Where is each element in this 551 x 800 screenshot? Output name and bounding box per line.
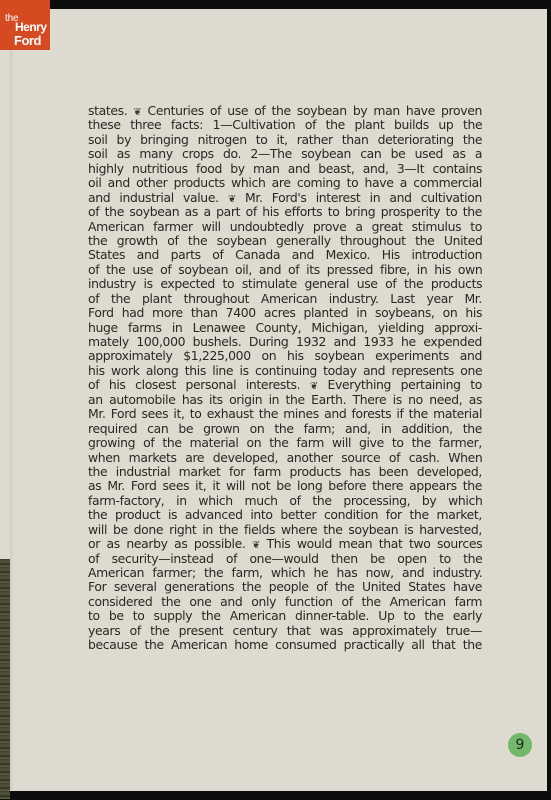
soybean-fleuron-icon: ❦ — [310, 381, 318, 392]
text-line: of the plant throughout American industr… — [88, 292, 482, 306]
logo-henry: Henry — [15, 20, 47, 34]
body-text: states. ❦ Centuries of use of the soybea… — [88, 104, 482, 653]
text-line: these three facts: 1—Cultivation of the … — [88, 118, 482, 132]
text-line: growing of the material on the farm will… — [88, 436, 482, 450]
text-line: farm-factory, in which much of the proce… — [88, 494, 482, 508]
text-line: the product is advanced into better cond… — [88, 508, 482, 522]
text-line: of his closest personal interests. ❦ Eve… — [88, 378, 482, 392]
text-line: or as nearby as possible. ❦ This would m… — [88, 537, 482, 551]
binding-edge — [0, 559, 10, 799]
henry-ford-logo[interactable]: the Henry Ford — [0, 0, 50, 50]
text-line: soil by bringing nitrogen to it, rather … — [88, 133, 482, 147]
text-line: Mr. Ford sees it, to exhaust the mines a… — [88, 407, 482, 421]
text-line: the growth of the soybean generally thro… — [88, 234, 482, 248]
text-line: mately 100,000 bushels. During 1932 and … — [88, 335, 482, 349]
text-line: and industrial value. ❦ Mr. Ford's inter… — [88, 191, 482, 205]
soybean-fleuron-icon: ❦ — [228, 194, 236, 205]
text-line: years of the present century that was ap… — [88, 624, 482, 638]
text-line: highly nutritious food by man and beast,… — [88, 162, 482, 176]
text-line: industry is expected to stimulate genera… — [88, 277, 482, 291]
text-line: to be to supply the American dinner-tabl… — [88, 609, 482, 623]
text-line: the industrial market for farm products … — [88, 465, 482, 479]
text-line: will be done right in the fields where t… — [88, 523, 482, 537]
text-line: American farmer; the farm, which he has … — [88, 566, 482, 580]
text-line: states. ❦ Centuries of use of the soybea… — [88, 104, 482, 118]
logo-ford: Ford — [14, 33, 41, 48]
spine-shadow — [10, 9, 14, 791]
text-line: States and parts of Canada and Mexico. H… — [88, 248, 482, 262]
text-line: huge farms in Lenawee County, Michigan, … — [88, 321, 482, 335]
soybean-fleuron-icon: ❦ — [133, 107, 141, 118]
text-line: because the American home consumed pract… — [88, 638, 482, 652]
text-line: when markets are developed, another sour… — [88, 451, 482, 465]
text-line: of the soybean as a part of his efforts … — [88, 205, 482, 219]
text-line: soil as many crops do. 2—The soybean can… — [88, 147, 482, 161]
text-line: required can be grown on the farm; and, … — [88, 422, 482, 436]
text-line: his work along this line is continuing t… — [88, 364, 482, 378]
soybean-fleuron-icon: ❦ — [252, 540, 260, 551]
text-line: Ford had more than 7400 acres planted in… — [88, 306, 482, 320]
text-line: of security—instead of one—would then be… — [88, 552, 482, 566]
text-line: considered the one and only function of … — [88, 595, 482, 609]
text-line: an automobile has its origin in the Eart… — [88, 393, 482, 407]
text-line: American farmer will undoubtedly prove a… — [88, 220, 482, 234]
text-line: as Mr. Ford sees it, it will not be long… — [88, 479, 482, 493]
text-line: approximately $1,225,000 on his soybean … — [88, 349, 482, 363]
text-line: For several generations the people of th… — [88, 580, 482, 594]
text-line: oil and other products which are coming … — [88, 176, 482, 190]
page-number-badge: 9 — [508, 733, 532, 757]
text-line: of the use of soybean oil, and of its pr… — [88, 263, 482, 277]
